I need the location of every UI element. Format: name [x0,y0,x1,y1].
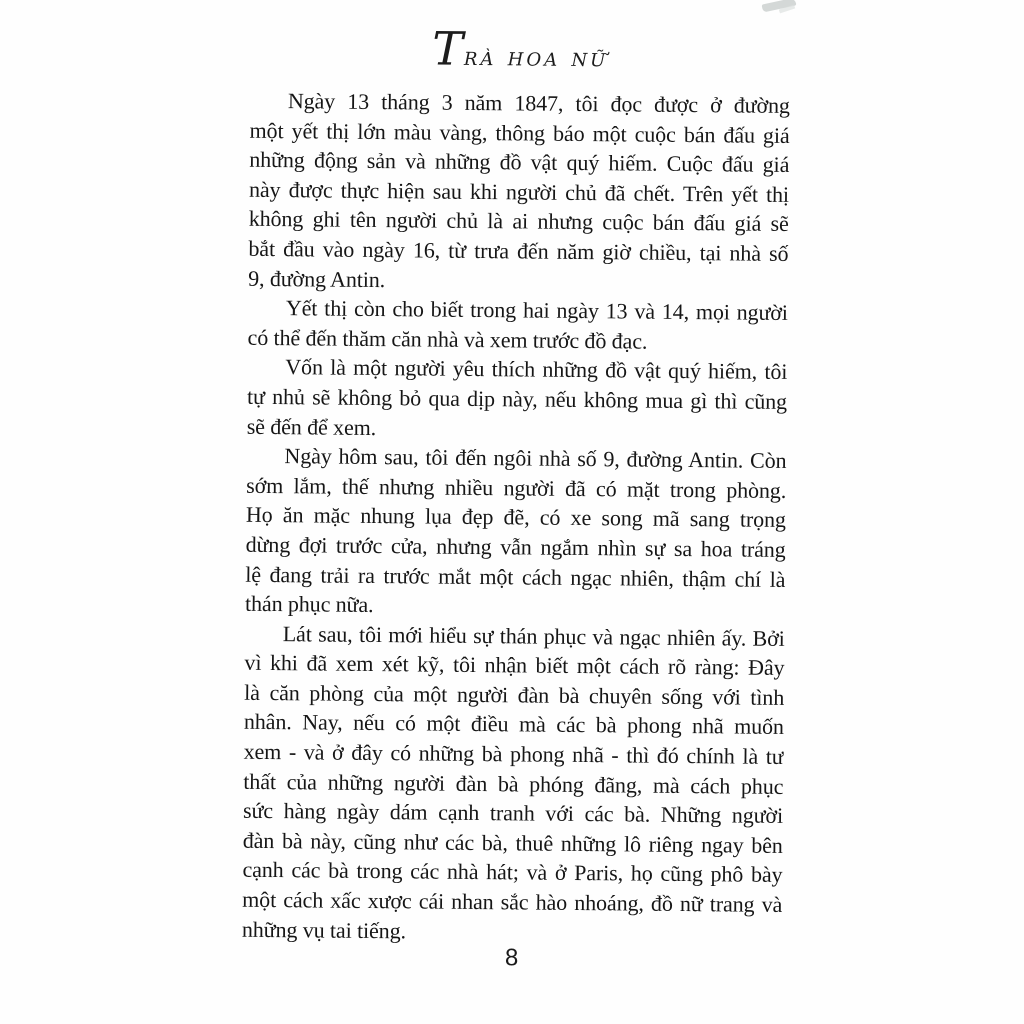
text-line: thán phục nữa. [245,589,785,624]
running-header-rest: rà hoa nữ [464,42,609,73]
text-line: Ngày hôm sau, tôi đến ngôi nhà số 9, đườ… [246,441,786,476]
page-content: Trà hoa nữ Ngày 13 tháng 3 năm 1847, tôi… [241,0,791,1024]
paragraph: Lát sau, tôi mới hiểu sự thán phục và ng… [242,618,785,949]
paragraph: Vốn là một người yêu thích những đồ vật … [247,352,788,446]
page-number: 8 [242,942,782,975]
text-line: xem - và ở đây có những bà phong nhã - t… [244,737,784,772]
running-header-initial: T [432,22,464,76]
text-line: tự nhủ sẽ không bỏ qua dịp này, nếu khôn… [247,382,787,417]
text-line: Yết thị còn cho biết trong hai ngày 13 v… [248,293,788,328]
paragraph: Ngày hôm sau, tôi đến ngôi nhà số 9, đườ… [245,441,787,624]
paragraph: Yết thị còn cho biết trong hai ngày 13 v… [247,293,788,357]
text-line: dừng đợi trước cửa, nhưng vẫn ngắm nhìn … [245,530,785,565]
paragraph: Ngày 13 tháng 3 năm 1847, tôi đọc được ở… [248,86,790,298]
book-page: Trà hoa nữ Ngày 13 tháng 3 năm 1847, tôi… [0,0,1024,1024]
text-line: một cách xấc xược cái nhan sắc hào nhoán… [242,885,782,920]
running-header-title: Trà hoa nữ [250,24,790,75]
text-line: bắt đầu vào ngày 16, từ trưa đến năm giờ… [248,234,788,269]
text-line: những động sản và những đồ vật quý hiếm.… [249,145,789,180]
text-line: Ngày 13 tháng 3 năm 1847, tôi đọc được ở… [250,86,790,121]
body-text: Ngày 13 tháng 3 năm 1847, tôi đọc được ở… [242,86,790,949]
